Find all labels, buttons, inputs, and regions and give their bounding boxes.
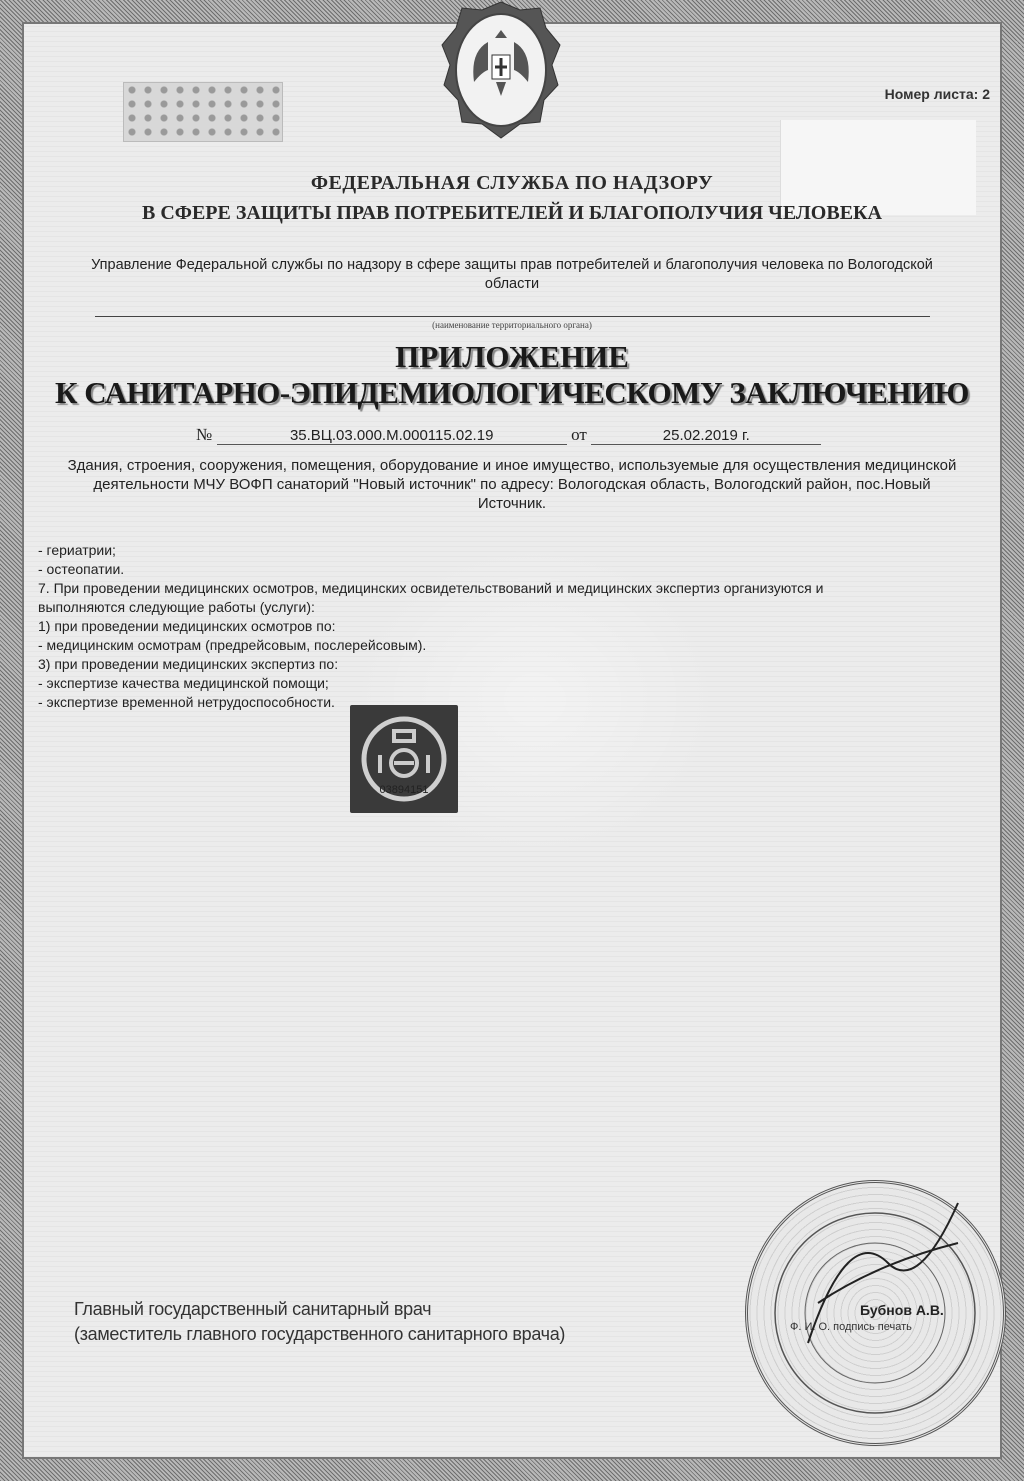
document-date: 25.02.2019 г. xyxy=(591,427,821,445)
body-line: - медицинским осмотрам (предрейсовым, по… xyxy=(38,636,998,655)
signatory-title: Главный государственный санитарный врач … xyxy=(74,1297,565,1347)
sheet-number: Номер листа: 2 xyxy=(885,86,990,102)
number-label: № xyxy=(196,425,212,444)
signer-name: Бубнов А.В. xyxy=(860,1302,944,1318)
body-line: - гериатрии; xyxy=(38,541,998,560)
signatory-title-line1: Главный государственный санитарный врач xyxy=(74,1297,565,1322)
agency-caption: (наименование территориального органа) xyxy=(0,320,1024,330)
agency-name: Управление Федеральной службы по надзору… xyxy=(70,256,954,294)
body-line: выполняются следующие работы (услуги): xyxy=(38,598,998,617)
signatory-title-line2: (заместитель главного государственного с… xyxy=(74,1322,565,1347)
org-title-line2: В СФЕРЕ ЗАЩИТЫ ПРАВ ПОТРЕБИТЕЛЕЙ И БЛАГО… xyxy=(0,202,1024,225)
document-subheading: К САНИТАРНО-ЭПИДЕМИОЛОГИЧЕСКОМУ ЗАКЛЮЧЕН… xyxy=(0,375,1024,411)
security-pattern xyxy=(123,82,283,142)
body-line: - экспертизе временной нетрудоспособност… xyxy=(38,693,998,712)
document-page: Номер листа: 2 ФЕДЕРАЛЬНАЯ СЛУЖБА ПО НАД… xyxy=(0,0,1024,1481)
body-line: 7. При проведении медицинских осмотров, … xyxy=(38,579,998,598)
body-line: - остеопатии. xyxy=(38,560,998,579)
signer-caption: Ф. И. О. подпись печать xyxy=(790,1321,912,1333)
document-subject: Здания, строения, сооружения, помещения,… xyxy=(60,456,964,513)
russian-eagle-emblem-icon xyxy=(440,0,562,150)
org-title-line1: ФЕДЕРАЛЬНАЯ СЛУЖБА ПО НАДЗОРУ xyxy=(0,172,1024,195)
divider xyxy=(95,316,930,317)
body-line: 3) при проведении медицинских экспертиз … xyxy=(38,655,998,674)
date-label: от xyxy=(571,425,587,444)
document-number-line: № 35.ВЦ.03.000.М.000115.02.19 от 25.02.2… xyxy=(196,425,821,445)
body-line: - экспертизе качества медицинской помощи… xyxy=(38,674,998,693)
svg-text:03894151: 03894151 xyxy=(380,784,429,796)
body-line: 1) при проведении медицинских осмотров п… xyxy=(38,617,998,636)
document-heading: ПРИЛОЖЕНИЕ xyxy=(0,339,1024,375)
body-text: - гериатрии; - остеопатии. 7. При провед… xyxy=(38,541,998,712)
document-number: 35.ВЦ.03.000.М.000115.02.19 xyxy=(217,427,567,445)
hologram-sticker: 03894151 xyxy=(350,705,458,813)
blank-area xyxy=(780,120,976,215)
